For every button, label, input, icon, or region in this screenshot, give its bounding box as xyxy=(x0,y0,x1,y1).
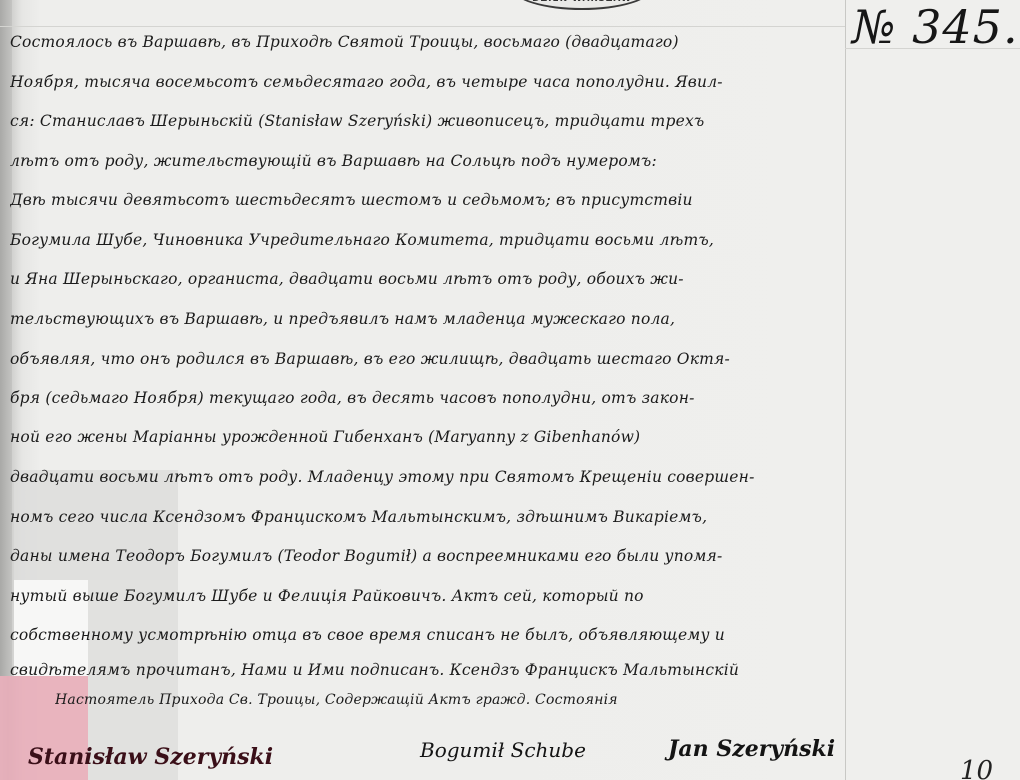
text-line-1: Состоялось въ Варшавѣ, въ Приходѣ Святой… xyxy=(10,33,850,51)
text-line-9: объявляя, что онъ родился въ Варшавѣ, въ… xyxy=(10,350,850,368)
text-line-11: ной его жены Маріанны урожденной Гибенха… xyxy=(10,428,850,446)
text-line-13: номъ сего числа Ксендзомъ Францискомъ Ма… xyxy=(10,508,850,526)
text-line-12: двадцати восьми лѣтъ отъ роду. Младенцу … xyxy=(10,468,850,486)
signature-father: Stanisław Szeryński xyxy=(28,744,273,770)
text-line-16: собственному усмотрѣнію отца въ свое вре… xyxy=(10,626,850,644)
stamp-text: DZIEK·WARSZAW xyxy=(532,0,632,4)
margin-mark: 10 xyxy=(960,756,993,780)
text-line-4: лѣтъ отъ роду, жительствующій въ Варшавѣ… xyxy=(10,152,850,170)
text-line-7: и Яна Шерыньскаго, органиста, двадцати в… xyxy=(10,270,850,288)
record-number: № 345. xyxy=(852,0,1019,54)
text-line-17: свидѣтелямъ прочитанъ, Нами и Ими подпис… xyxy=(10,661,850,679)
text-line-6: Богумила Шубе, Чиновника Учредительнаго … xyxy=(10,231,850,249)
text-line-18: Настоятель Прихода Св. Троицы, Содержащі… xyxy=(55,692,895,708)
text-line-3: ся: Станиславъ Шерыньскій (Stanisław Sze… xyxy=(10,112,850,130)
text-line-8: тельствующихъ въ Варшавѣ, и предъявилъ н… xyxy=(10,310,850,328)
text-line-10: бря (седьмаго Ноября) текущаго года, въ … xyxy=(10,389,850,407)
office-stamp: DZIEK·WARSZAW xyxy=(512,0,652,10)
text-line-14: даны имена Теодоръ Богумилъ (Teodor Bogu… xyxy=(10,547,850,565)
top-rule xyxy=(0,26,845,27)
text-line-2: Ноября, тысяча восемьсотъ семьдесятаго г… xyxy=(10,73,850,91)
text-line-5: Двѣ тысячи девятьсотъ шестьдесятъ шестом… xyxy=(10,191,850,209)
document-page: DZIEK·WARSZAW № 345. Состоялось въ Варша… xyxy=(0,0,1020,780)
signature-witness-1: Bogumił Schube xyxy=(420,738,586,762)
text-line-15: нутый выше Богумилъ Шубе и Фелиція Райко… xyxy=(10,587,850,605)
signature-witness-2: Jan Szeryński xyxy=(668,736,835,762)
scan-edge-shadow xyxy=(0,0,12,676)
